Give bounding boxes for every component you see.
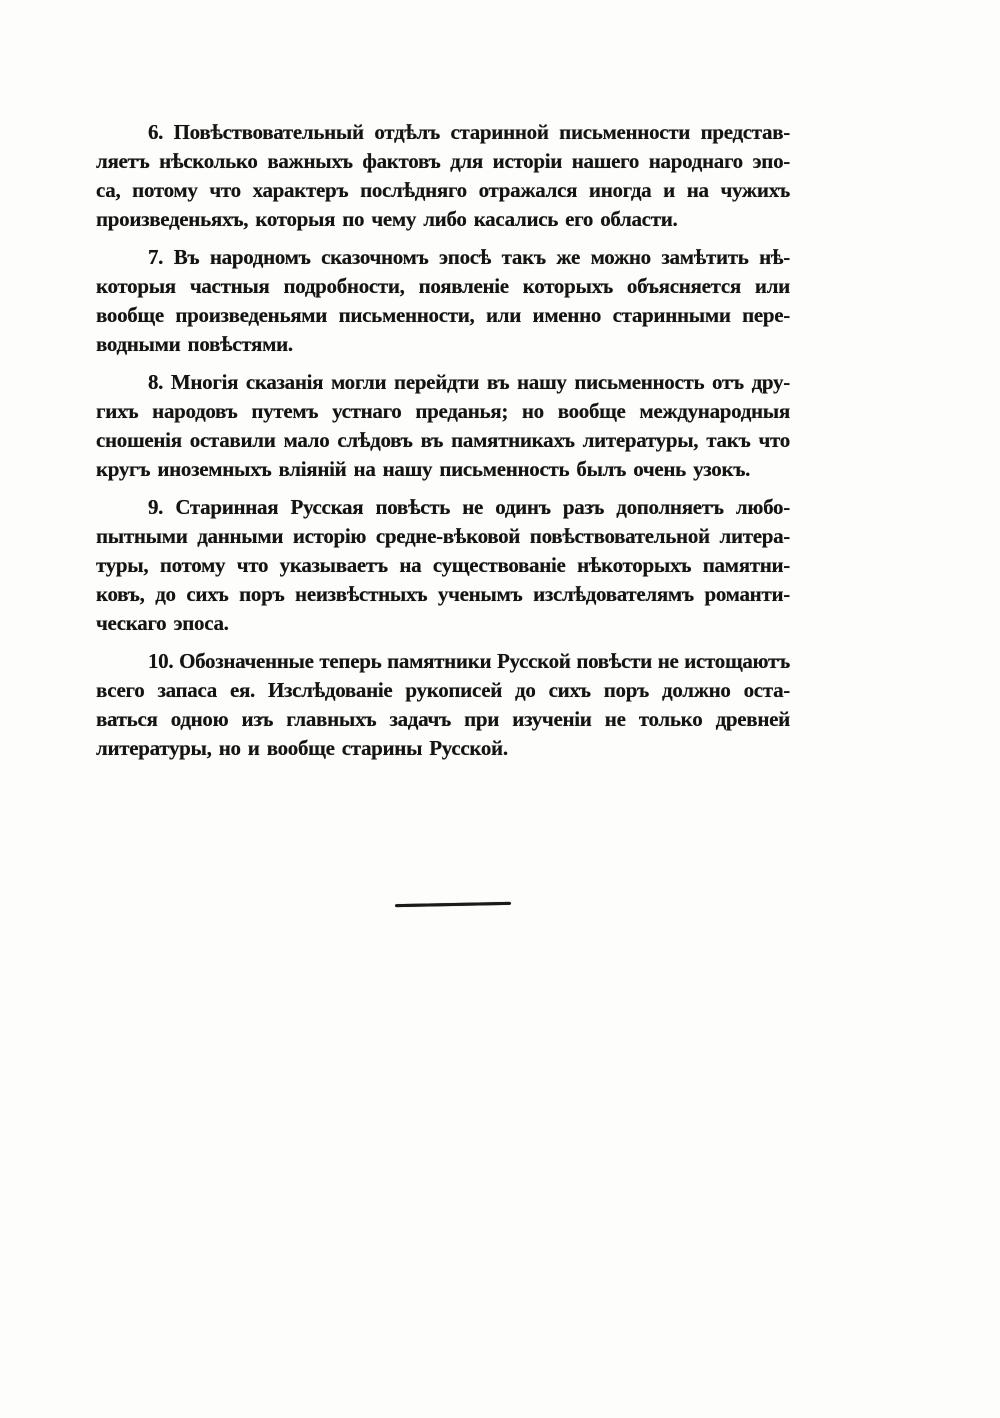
text-block: 6.Повѣствовательныйотдѣлъстариннойписьме… <box>96 118 790 772</box>
text-line: 10.ОбозначенныетеперьпамятникиРусскойпов… <box>96 647 790 676</box>
text-line: кругъиноземныхъвліянійнанашуписьменность… <box>96 455 790 484</box>
paragraph: 7.Вънародномъсказочномъэпосѣтакъжеможноз… <box>96 243 790 359</box>
text-line: ватьсяодноюизъглавныхъзадачъприизученіин… <box>96 705 790 734</box>
paragraph: 8.Многіясказаніямоглиперейдтивънашуписьм… <box>96 368 790 484</box>
paragraph: 6.Повѣствовательныйотдѣлъстариннойписьме… <box>96 118 790 234</box>
text-line: 9.СтариннаяРусскаяповѣстьнеодинъразъдопо… <box>96 493 790 522</box>
paragraph: 10.ОбозначенныетеперьпамятникиРусскойпов… <box>96 647 790 763</box>
section-divider-rule <box>395 902 511 907</box>
text-line: 6.Повѣствовательныйотдѣлъстариннойписьме… <box>96 118 790 147</box>
text-line: пытнымиданнымиисторіюсредне-вѣковойповѣс… <box>96 522 790 551</box>
book-page: 6.Повѣствовательныйотдѣлъстариннойписьме… <box>0 0 1000 1418</box>
text-line: литературы,ноивообщестариныРусской. <box>96 734 790 763</box>
text-line: са,потомучтохарактеръпослѣднягоотражался… <box>96 176 790 205</box>
text-line: вообщепроизведеньямиписьменности,илиимен… <box>96 301 790 330</box>
text-line: ческагоэпоса. <box>96 609 790 638</box>
text-line: воднымиповѣстями. <box>96 330 790 359</box>
text-line: сношеніяоставилималослѣдовъвъпамятникахъ… <box>96 426 790 455</box>
text-line: ляетънѣскольковажныхъфактовъдляисторіина… <box>96 147 790 176</box>
text-line: произведеньяхъ,которыяпочемулибокасались… <box>96 205 790 234</box>
text-line: 8.Многіясказаніямоглиперейдтивънашуписьм… <box>96 368 790 397</box>
paragraph: 9.СтариннаяРусскаяповѣстьнеодинъразъдопо… <box>96 493 790 638</box>
text-line: 7.Вънародномъсказочномъэпосѣтакъжеможноз… <box>96 243 790 272</box>
text-line: которыячастныяподробности,появленіекотор… <box>96 272 790 301</box>
text-line: ковъ,досихъпорънеизвѣстныхъученымъизслѣд… <box>96 580 790 609</box>
text-line: всегозапасаея.Изслѣдованіерукописейдосих… <box>96 676 790 705</box>
text-line: гихънародовъпутемъустнагопреданья;новооб… <box>96 397 790 426</box>
text-line: туры,потомучтоуказываетънасуществованіен… <box>96 551 790 580</box>
